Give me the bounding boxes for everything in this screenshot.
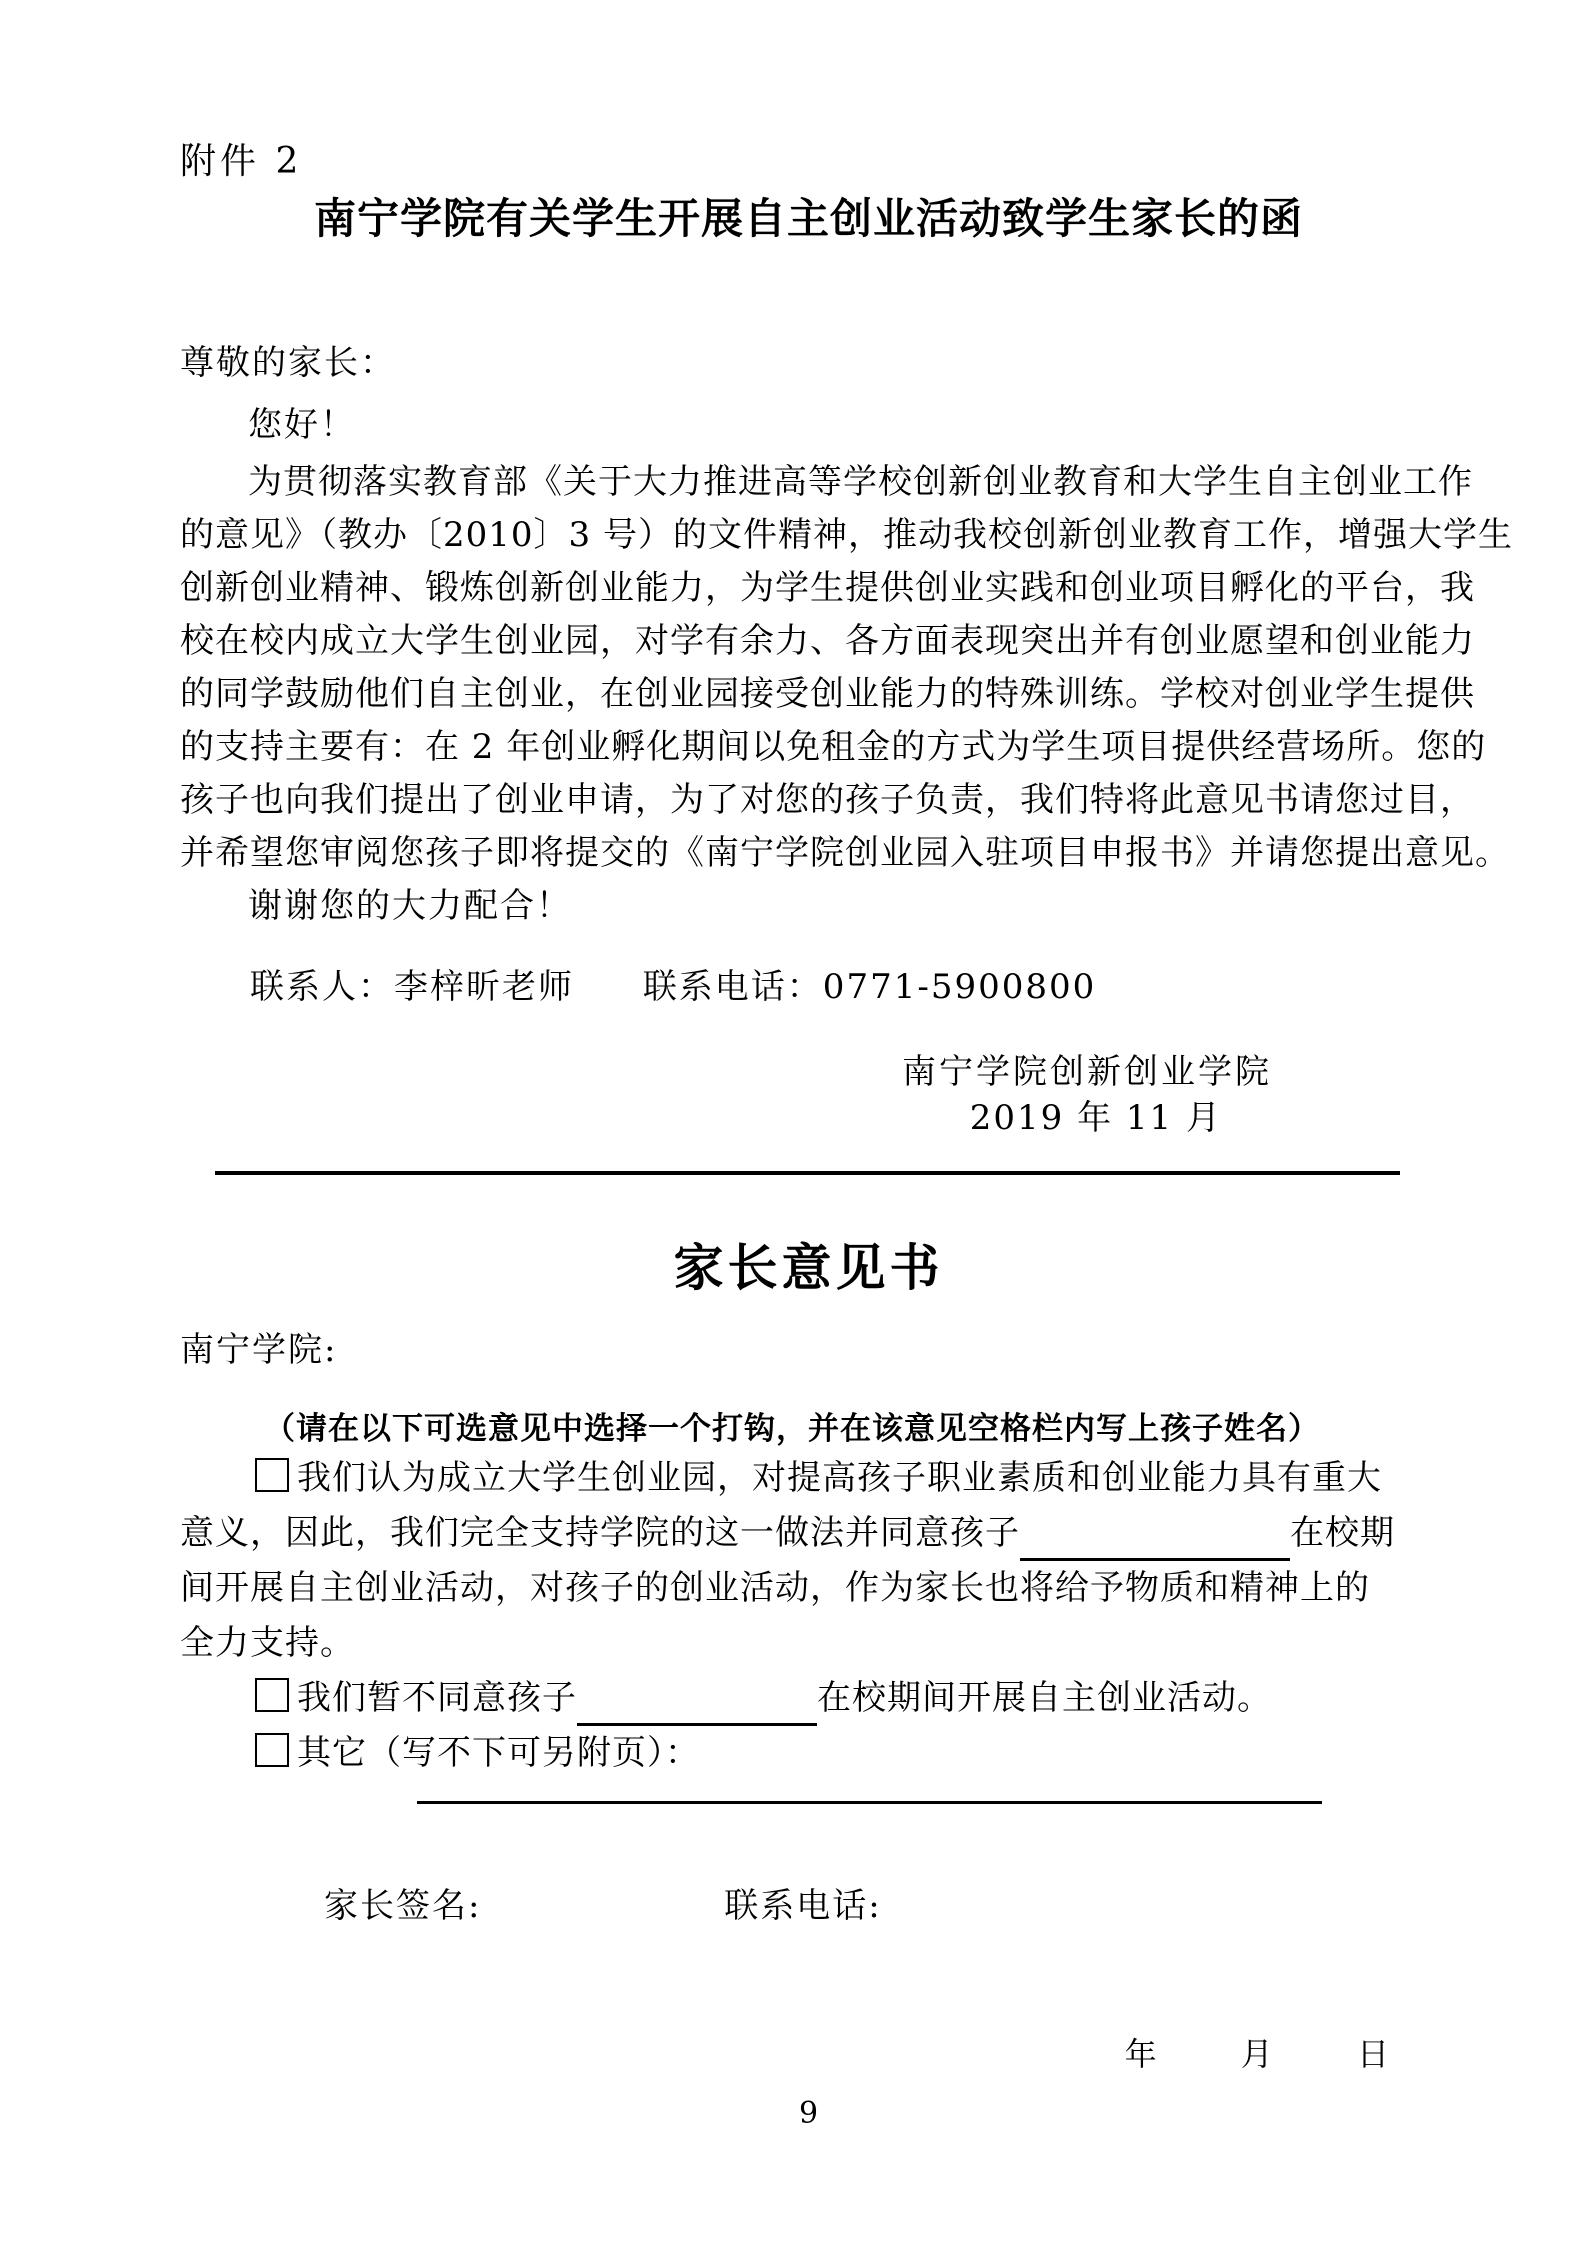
letter-body-line: 的同学鼓励他们自主创业，在创业园接受创业能力的特殊训练。学校对创业学生提供: [180, 668, 1437, 721]
form-addressee: 南宁学院:: [180, 1327, 1437, 1373]
contact-phone: 联系电话：0771-5900800: [643, 967, 1096, 1007]
document-page: 附件 2 南宁学院有关学生开展自主创业活动致学生家长的函 尊敬的家长： 您好！ …: [0, 0, 1587, 2245]
option1-line1: 我们认为成立大学生创业园，对提高孩子职业素质和创业能力具有重大: [180, 1451, 1437, 1506]
option1-line4: 全力支持。: [180, 1616, 1437, 1671]
option1-text: 在校期: [1290, 1513, 1395, 1553]
option1-checkbox[interactable]: [255, 1458, 289, 1492]
contact-line: 联系人：李梓昕老师 联系电话：0771-5900800: [180, 963, 1437, 1011]
page-number: 9: [180, 2096, 1437, 2132]
child-name-blank-field[interactable]: [577, 1685, 817, 1726]
page-content: 附件 2 南宁学院有关学生开展自主创业活动致学生家长的函 尊敬的家长： 您好！ …: [180, 0, 1437, 2132]
form-instruction-note: （请在以下可选意见中选择一个打钩，并在该意见空格栏内写上孩子姓名）: [180, 1407, 1437, 1451]
letter-body-line: 为贯彻落实教育部《关于大力推进高等学校创新创业教育和大学生自主创业工作: [180, 456, 1437, 509]
letter-salutation: 尊敬的家长：: [180, 340, 1437, 386]
date-day-label: 日: [1357, 2030, 1390, 2078]
form-date-line: 年 月 日: [180, 2030, 1437, 2078]
parent-phone-label: 联系电话:: [724, 1886, 881, 1926]
letter-greeting: 您好！: [180, 402, 1437, 448]
option3-line: 其它（写不下可另附页）：: [180, 1726, 1437, 1781]
letter-body-line: 校在校内成立大学生创业园，对学有余力、各方面表现突出并有创业愿望和创业能力: [180, 615, 1437, 668]
letter-body-line: 的支持主要有：在 2 年创业孵化期间以免租金的方式为学生项目提供经营场所。您的: [180, 721, 1437, 774]
letter-body-line: 创新创业精神、锻炼创新创业能力，为学生提供创业实践和创业项目孵化的平台，我: [180, 562, 1437, 615]
parent-signature-label: 家长签名:: [324, 1886, 481, 1926]
date-month-label: 月: [1241, 2030, 1274, 2078]
other-opinion-blank-field[interactable]: [417, 1795, 1322, 1804]
attachment-label: 附件 2: [180, 140, 1437, 184]
signature-org: 南宁学院创新创业学院: [180, 1049, 1437, 1095]
option2-line: 我们暂不同意孩子在校期间开展自主创业活动。: [180, 1671, 1437, 1726]
option2-checkbox[interactable]: [255, 1678, 289, 1712]
option3-checkbox[interactable]: [255, 1733, 289, 1767]
letter-body-line: 的意见》（教办〔2010〕3 号）的文件精神，推动我校创新创业教育工作，增强大学…: [180, 509, 1437, 562]
option1-line2: 意义，因此，我们完全支持学院的这一做法并同意孩子在校期: [180, 1506, 1437, 1561]
child-name-blank-field[interactable]: [1020, 1520, 1290, 1561]
option1-text: 我们认为成立大学生创业园，对提高孩子职业素质和创业能力具有重大: [297, 1458, 1382, 1498]
date-year-label: 年: [1125, 2030, 1158, 2078]
section-divider: [215, 1171, 1400, 1175]
letter-body-line: 并希望您审阅您孩子即将提交的《南宁学院创业园入驻项目申报书》并请您提出意见。: [180, 827, 1437, 880]
form-title: 家长意见书: [180, 1235, 1437, 1301]
contact-person: 联系人：李梓昕老师: [250, 967, 574, 1007]
option2-text: 我们暂不同意孩子: [297, 1678, 577, 1718]
signature-date: 2019 年 11 月: [180, 1095, 1437, 1141]
letter-body-line: 孩子也向我们提出了创业申请，为了对您的孩子负责，我们特将此意见书请您过目，: [180, 774, 1437, 827]
option2-text: 在校期间开展自主创业活动。: [817, 1678, 1272, 1718]
letter-title: 南宁学院有关学生开展自主创业活动致学生家长的函: [180, 190, 1437, 248]
letter-body: 为贯彻落实教育部《关于大力推进高等学校创新创业教育和大学生自主创业工作 的意见》…: [180, 456, 1437, 880]
option3-text: 其它（写不下可另附页）：: [297, 1733, 700, 1773]
option1-text: 意义，因此，我们完全支持学院的这一做法并同意孩子: [180, 1513, 1020, 1553]
letter-closing: 谢谢您的大力配合！: [180, 880, 1437, 933]
form-signature-row: 家长签名: 联系电话:: [180, 1882, 1437, 1930]
option1-line3: 间开展自主创业活动，对孩子的创业活动，作为家长也将给予物质和精神上的: [180, 1561, 1437, 1616]
